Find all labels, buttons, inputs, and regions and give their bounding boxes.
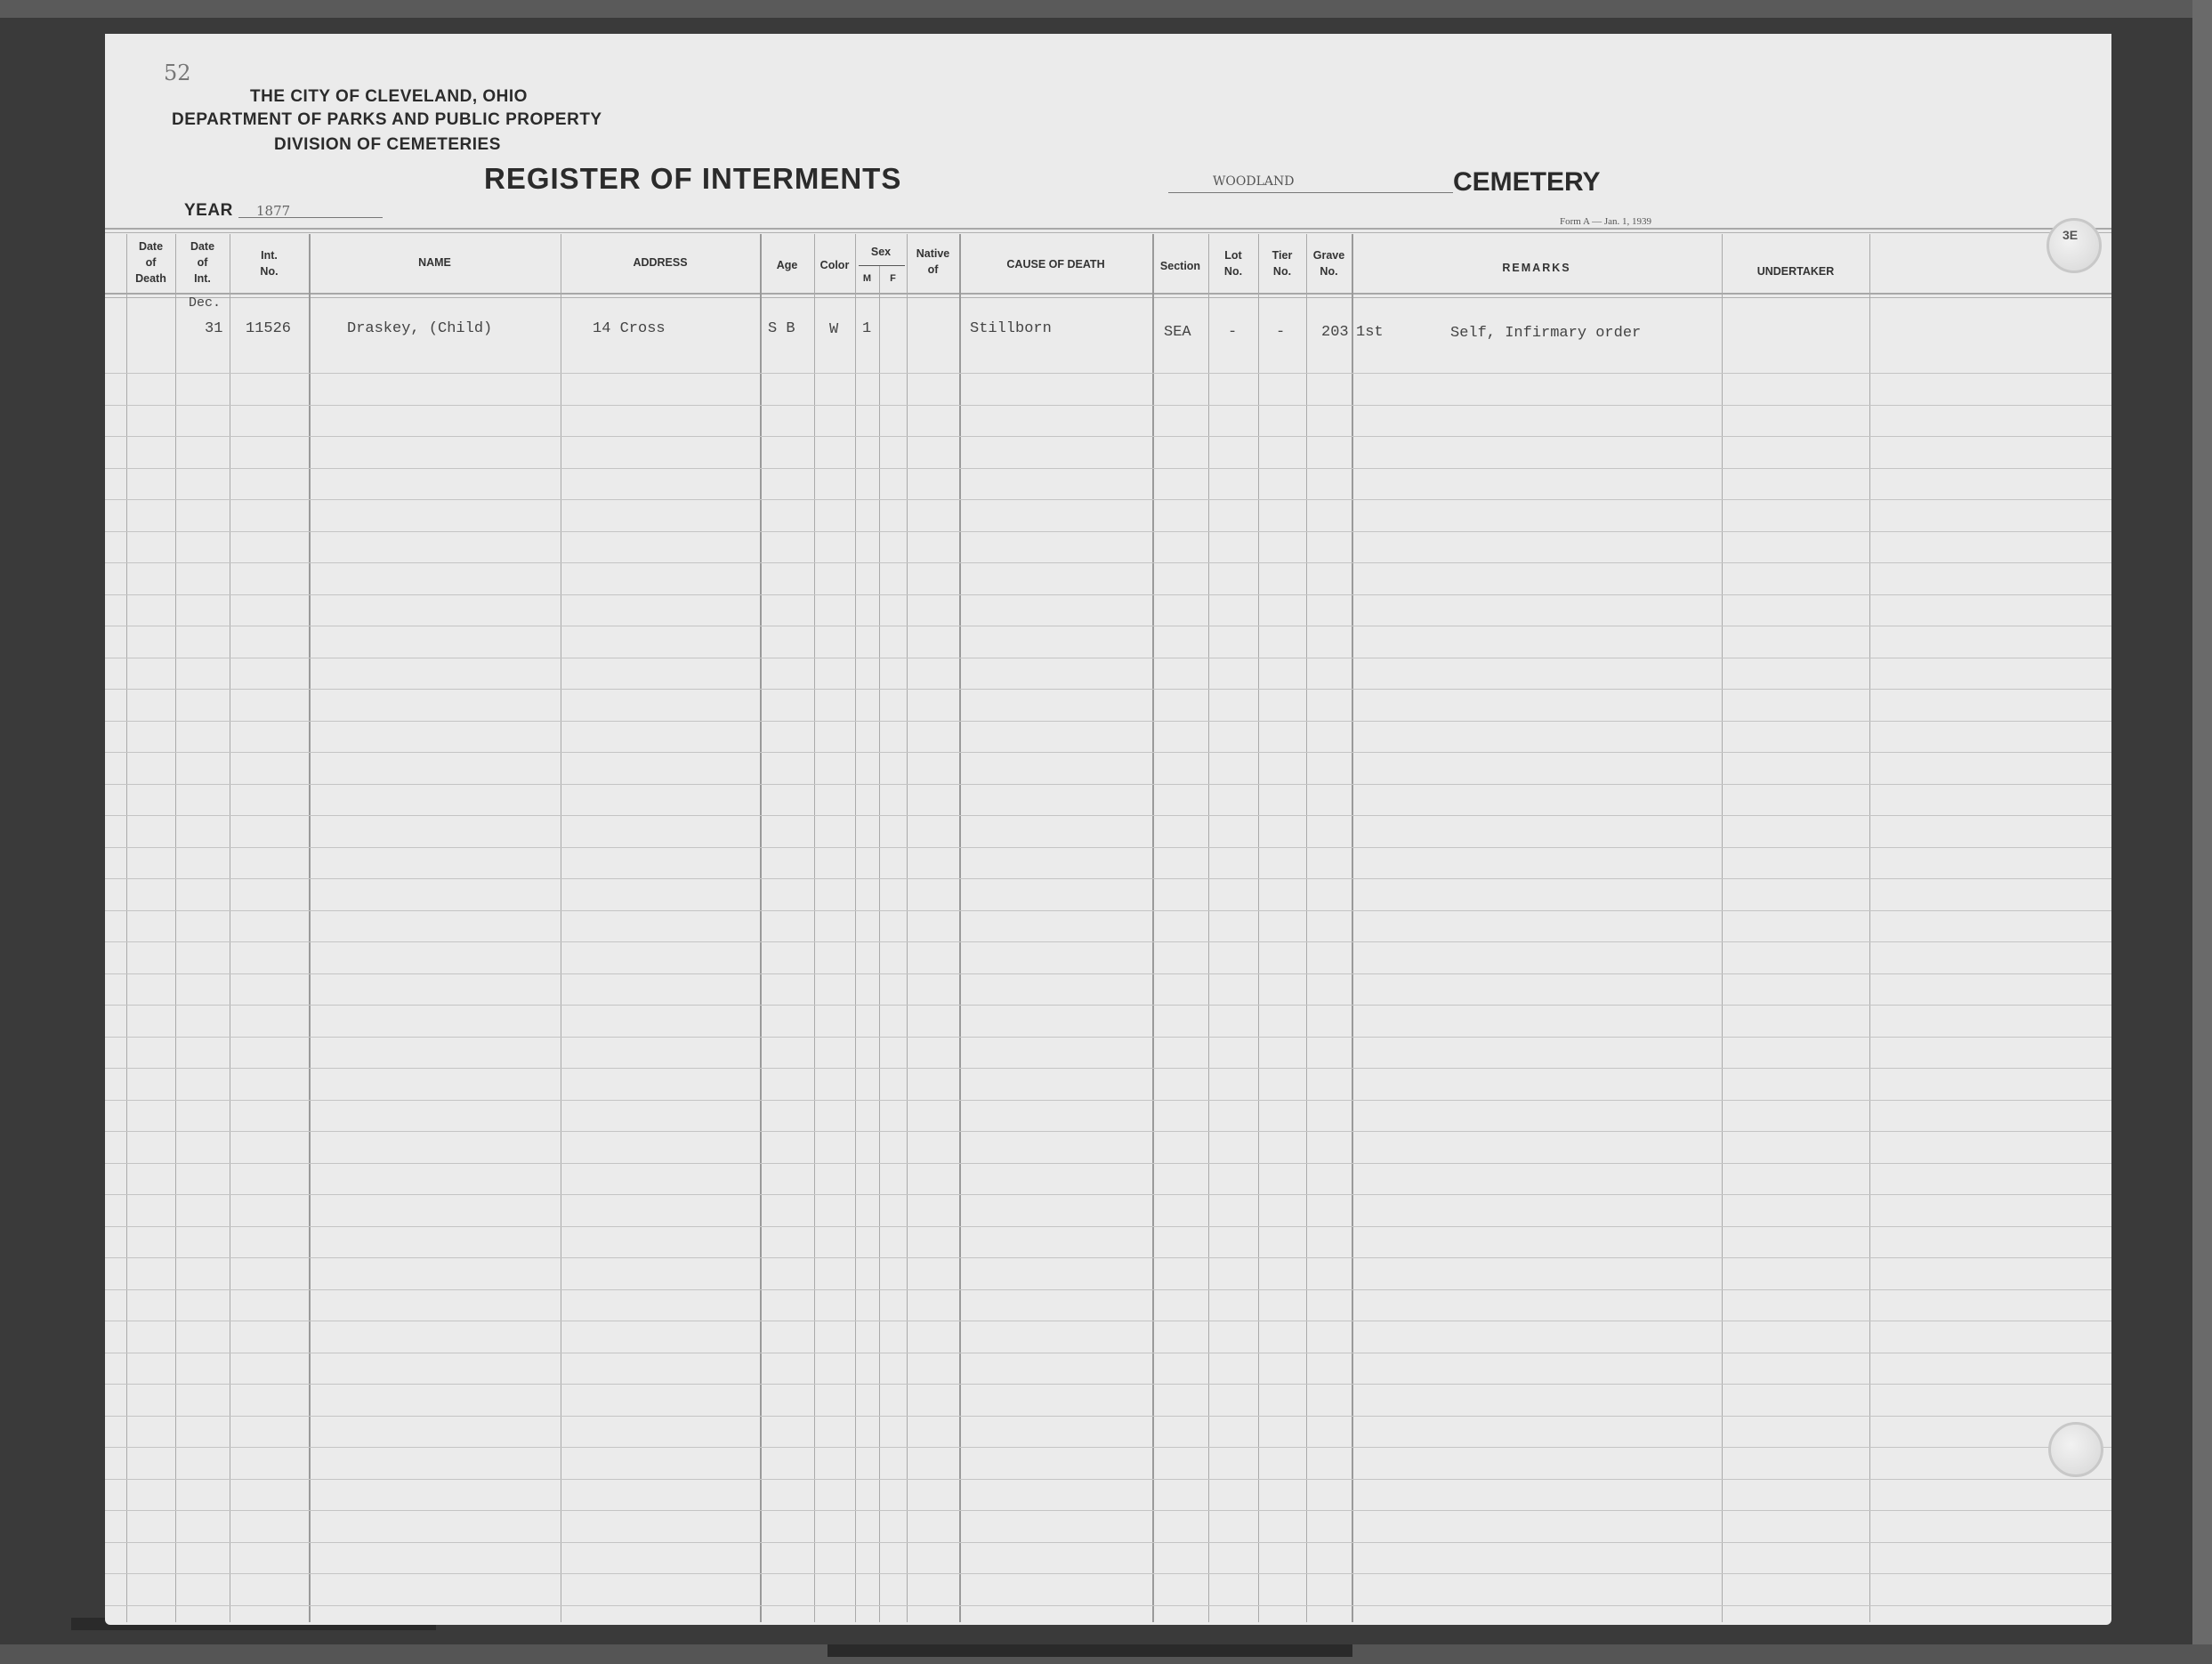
col-header-age: Age: [760, 257, 814, 273]
col-line-grave: [1352, 234, 1353, 1622]
binder-hole-bottom: [2048, 1422, 2103, 1477]
row-rule: [105, 626, 2111, 626]
row-rule: [105, 1289, 2111, 1290]
row-rule: [105, 878, 2111, 879]
row-rule: [105, 1100, 2111, 1101]
cemetery-name-underline: [1168, 192, 1453, 193]
year-label: YEAR: [184, 201, 233, 221]
row-rule: [105, 784, 2111, 785]
header-bottom-rule-2: [105, 297, 2111, 298]
row-rule: [105, 658, 2111, 658]
col-line-lot: [1258, 234, 1259, 1622]
row-rule: [105, 531, 2111, 532]
header-top-rule-2: [105, 232, 2111, 233]
entry-grave-no: 203: [1321, 324, 1349, 341]
row-rule: [105, 1257, 2111, 1258]
entry-section: SEA: [1164, 324, 1191, 341]
row-rule: [105, 1510, 2111, 1511]
col-header-date-of-int: Date of Int.: [175, 238, 230, 287]
col-header-color: Color: [814, 257, 855, 273]
row-rule: [105, 815, 2111, 816]
row-rule: [105, 1226, 2111, 1227]
row-rule: [105, 436, 2111, 437]
col-header-date-of-death: Date of Death: [126, 238, 175, 287]
row-rule: [105, 1605, 2111, 1606]
header-top-rule: [105, 228, 2111, 230]
entry-lot-no: -: [1228, 324, 1237, 341]
row-rule: [105, 1068, 2111, 1069]
page-number: 52: [164, 61, 191, 85]
col-line-age: [814, 234, 815, 1622]
entry-remarks: Self, Infirmary order: [1450, 325, 1641, 342]
entry-tier-no: -: [1276, 324, 1285, 341]
col-line-margin: [126, 234, 127, 1622]
row-rule: [105, 973, 2111, 974]
col-line-int-no: [309, 234, 311, 1622]
row-rule: [105, 468, 2111, 469]
row-rule: [105, 1321, 2111, 1321]
scanner-frame-right: [2192, 0, 2212, 1664]
col-header-section: Section: [1152, 258, 1208, 274]
row-rule: [105, 752, 2111, 753]
col-line-section: [1208, 234, 1209, 1622]
scanner-frame-top: [0, 0, 2212, 18]
entry-cause: Stillborn: [970, 320, 1052, 337]
row-rule: [105, 1542, 2111, 1543]
row-rule: [105, 1416, 2111, 1417]
row-rule: [105, 1353, 2111, 1353]
heading-city: THE CITY OF CLEVELAND, OHIO: [105, 87, 673, 107]
col-line-native: [959, 234, 961, 1622]
row-rule: [105, 562, 2111, 563]
binder-hole-tab-label: 3E: [2063, 228, 2078, 242]
sex-divider: [859, 265, 905, 266]
header-bottom-rule: [105, 293, 2111, 295]
col-line-tier: [1306, 234, 1307, 1622]
year-value: 1877: [256, 203, 290, 219]
register-page: 52 THE CITY OF CLEVELAND, OHIO DEPARTMEN…: [105, 34, 2111, 1625]
col-header-remarks: REMARKS: [1352, 260, 1722, 276]
entry-age: S B: [768, 320, 795, 337]
row-rule: [105, 499, 2111, 500]
entry-date-of-int: 31: [205, 320, 222, 337]
entry-color: W: [829, 321, 838, 338]
row-rule: [105, 847, 2111, 848]
row-rule: [105, 594, 2111, 595]
entry-address: 14 Cross: [593, 320, 666, 337]
heading-department: DEPARTMENT OF PARKS AND PUBLIC PROPERTY: [172, 110, 602, 130]
col-header-int-no: Int. No.: [230, 247, 309, 279]
col-header-native-of: Native of: [907, 246, 959, 278]
row-rule: [105, 941, 2111, 942]
col-header-sex: Sex: [855, 244, 907, 260]
col-header-lot-no: Lot No.: [1208, 247, 1258, 279]
col-header-sex-f: F: [879, 271, 907, 287]
col-line-date-death: [175, 234, 176, 1622]
col-header-grave-no: Grave No.: [1306, 247, 1352, 279]
row-rule: [105, 1037, 2111, 1038]
row-rule: [105, 1384, 2111, 1385]
row-rule: [105, 373, 2111, 374]
row-rule: [105, 405, 2111, 406]
col-line-color: [855, 234, 856, 1622]
col-header-name: NAME: [309, 254, 561, 271]
form-note: Form A — Jan. 1, 1939: [1560, 216, 1651, 227]
row-rule: [105, 1131, 2111, 1132]
row-rule: [105, 1194, 2111, 1195]
col-header-tier-no: Tier No.: [1258, 247, 1306, 279]
entry-int-no: 11526: [246, 320, 291, 337]
col-header-undertaker: UNDERTAKER: [1722, 263, 1869, 279]
col-line-address: [760, 234, 762, 1622]
cemetery-label: CEMETERY: [1453, 167, 1601, 198]
row-rule: [105, 1163, 2111, 1164]
col-line-cause: [1152, 234, 1154, 1622]
row-rule: [105, 1447, 2111, 1448]
entry-grave-suffix: 1st: [1356, 324, 1384, 341]
page-title: REGISTER OF INTERMENTS: [484, 162, 901, 196]
col-line-date-int: [230, 234, 230, 1622]
row-rule: [105, 1573, 2111, 1574]
row-rule: [105, 1479, 2111, 1480]
heading-division: DIVISION OF CEMETERIES: [274, 135, 501, 155]
entry-name: Draskey, (Child): [347, 320, 492, 337]
col-line-undertaker: [1869, 234, 1870, 1622]
entry-month: Dec.: [189, 295, 221, 311]
row-rule: [105, 721, 2111, 722]
archive-label-strip-center: [827, 1644, 1352, 1657]
row-rule: [105, 689, 2111, 690]
col-header-sex-m: M: [855, 271, 879, 287]
cemetery-name-value: WOODLAND: [1213, 174, 1294, 189]
row-rule: [105, 910, 2111, 911]
col-header-cause-of-death: CAUSE OF DEATH: [959, 256, 1152, 272]
col-line-remarks: [1722, 234, 1723, 1622]
col-line-sex: [907, 234, 908, 1622]
col-line-name: [561, 234, 561, 1622]
binder-hole-top: [2047, 218, 2102, 273]
entry-sex-m: 1: [862, 320, 871, 337]
col-header-address: ADDRESS: [561, 254, 760, 271]
row-rule: [105, 1005, 2111, 1006]
